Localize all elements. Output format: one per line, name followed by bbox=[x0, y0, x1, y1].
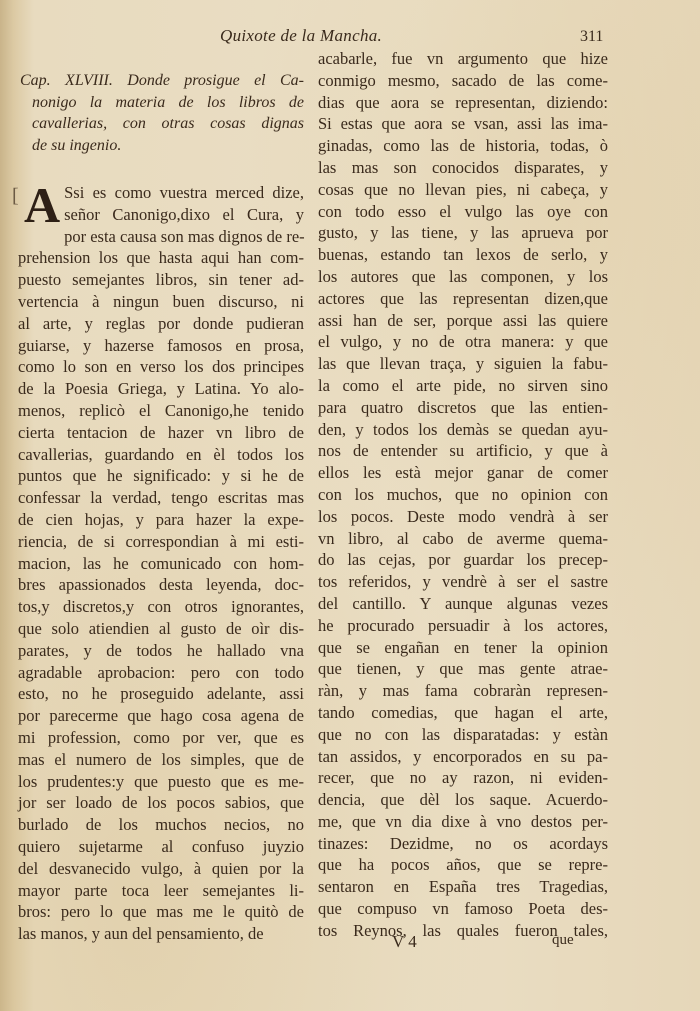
text-line: puntos que he significado: y si he de bbox=[18, 465, 304, 487]
text-line: acabarle, fue vn argumento que hize bbox=[318, 48, 608, 70]
book-page: Quixote de la Mancha. 311 Cap. XLVIII. D… bbox=[0, 0, 700, 1011]
text-line: cavallerias, guardando en èl todos los bbox=[18, 444, 304, 466]
text-line: con todo esso el vulgo las oye con bbox=[318, 201, 608, 223]
chapter-heading-line: Cap. XLVIII. Donde prosigue el Ca- bbox=[20, 70, 304, 92]
text-line: tan assidos, y encorporados en su pa- bbox=[318, 746, 608, 768]
left-lines: Ssi es como vuestra merced dize,señor Ca… bbox=[18, 182, 304, 945]
text-line: vertencia à ningun buen discurso, ni bbox=[18, 291, 304, 313]
text-line: bres apassionados desta leyenda, doc- bbox=[18, 574, 304, 596]
text-line: que tienen, y que mas gente atrae- bbox=[318, 658, 608, 680]
text-line: que ha pocos años, que se repre- bbox=[318, 854, 608, 876]
text-line: dencia, que dèl los saque. Acuerdo- bbox=[318, 789, 608, 811]
text-line: den, y todos los demàs se quedan ayu- bbox=[318, 419, 608, 441]
body-text-left: [ A Ssi es como vuestra merced dize,seño… bbox=[18, 182, 304, 945]
text-line: quiero sujetarme al confuso juyzio bbox=[18, 836, 304, 858]
text-line: dias que aora se representan, diziendo: bbox=[318, 92, 608, 114]
text-line: gusto, y las tiene, y las aprueva por bbox=[318, 222, 608, 244]
text-line: ginadas, como las de historia, todas, ò bbox=[318, 135, 608, 157]
text-line: de cien hojas, y para hazer la expe- bbox=[18, 509, 304, 531]
text-line: los pocos. Deste modo vendrà à ser bbox=[318, 506, 608, 528]
text-line: riencia, de si correspondian à mi esti- bbox=[18, 531, 304, 553]
text-line: ellos les està mejor ganar de comer bbox=[318, 462, 608, 484]
text-line: Si estas que aora se vsan, assi las ima- bbox=[318, 113, 608, 135]
text-line: como lo son en verso los dos principes bbox=[18, 356, 304, 378]
text-line: ràn, y mas fama cobraràn represen- bbox=[318, 680, 608, 702]
text-line: cosas que no llevan pies, ni cabeça, y bbox=[318, 179, 608, 201]
text-line: bros: pero lo que mas me le quitò de bbox=[18, 901, 304, 923]
text-line: nos de entender su artificio, y que à bbox=[318, 440, 608, 462]
text-line: tos,y discretos,y con otros ignorantes, bbox=[18, 596, 304, 618]
text-line: sentaron en España tres Tragedias, bbox=[318, 876, 608, 898]
text-line: burlado de los muchos necios, no bbox=[18, 814, 304, 836]
right-lines: acabarle, fue vn argumento que hizeconmi… bbox=[318, 48, 608, 942]
margin-bracket: [ bbox=[12, 186, 19, 208]
text-line: la como el arte pide, no sirven sino bbox=[318, 375, 608, 397]
text-line: assi han de ser, porque assi las quiere bbox=[318, 310, 608, 332]
chapter-heading-line: de su ingenio. bbox=[20, 135, 304, 157]
text-line: menos, replicò el Canonigo,he tenido bbox=[18, 400, 304, 422]
text-line: las mas son conocidos disparates, y bbox=[318, 157, 608, 179]
text-line: do las cejas, por guardar los precep- bbox=[318, 549, 608, 571]
text-line: puesto semejantes libros, sin tener ad- bbox=[18, 269, 304, 291]
text-line: por esta causa son mas dignos de re- bbox=[18, 226, 304, 248]
catchword: que bbox=[552, 932, 574, 949]
text-line: que se engañan en tener la opinion bbox=[318, 637, 608, 659]
signature-mark: V 4 bbox=[392, 932, 417, 952]
chapter-heading: Cap. XLVIII. Donde prosigue el Ca- nonig… bbox=[18, 70, 304, 156]
text-line: agradable aprobacion: pero con todo bbox=[18, 662, 304, 684]
page-number: 311 bbox=[580, 28, 603, 46]
text-line: conmigo mesmo, sacado de las come- bbox=[318, 70, 608, 92]
text-line: de la Poesia Griega, y Latina. Yo alo- bbox=[18, 378, 304, 400]
text-line: las manos, y aun del pensamiento, de bbox=[18, 923, 304, 945]
left-column: Cap. XLVIII. Donde prosigue el Ca- nonig… bbox=[18, 70, 304, 945]
text-line: guiarse, y hazerse famosos en prosa, bbox=[18, 335, 304, 357]
text-line: para quatro discretos que las entien- bbox=[318, 397, 608, 419]
text-line: jor ser loado de los pocos sabios, que bbox=[18, 792, 304, 814]
text-line: del desvanecido vulgo, à quien por la bbox=[18, 858, 304, 880]
text-line: buenas, estando tan lexos de serlo, y bbox=[318, 244, 608, 266]
right-column: acabarle, fue vn argumento que hizeconmi… bbox=[318, 48, 608, 942]
text-line: parates, y de todos he hallado vna bbox=[18, 640, 304, 662]
chapter-heading-line: cavallerias, con otras cosas dignas bbox=[20, 113, 304, 135]
text-line: señor Canonigo,dixo el Cura, y bbox=[18, 204, 304, 226]
text-line: macion, las he comunicado con hom- bbox=[18, 553, 304, 575]
text-line: mi profession, como por ver, que es bbox=[18, 727, 304, 749]
text-line: al arte, y reglas por donde pudieran bbox=[18, 313, 304, 335]
text-line: vn libro, al cabo de averme quema- bbox=[318, 528, 608, 550]
text-line: confessar la verdad, tengo escritas mas bbox=[18, 487, 304, 509]
text-line: que solo atiendien al gusto de oìr dis- bbox=[18, 618, 304, 640]
text-line: por parecerme que hago cosa agena de bbox=[18, 705, 304, 727]
drop-cap: A bbox=[24, 184, 60, 226]
text-line: actores que las representan dizen,que bbox=[318, 288, 608, 310]
text-line: que no con las disparatadas: y estàn bbox=[318, 724, 608, 746]
running-head: Quixote de la Mancha. bbox=[220, 26, 600, 46]
text-line: los autores que las componen, y los bbox=[318, 266, 608, 288]
text-line: las que llevan traça, y siguien la fabu- bbox=[318, 353, 608, 375]
text-line: esto, no he proseguido adelante, assi bbox=[18, 683, 304, 705]
text-line: tos referidos, y vendrè à ser el sastre bbox=[318, 571, 608, 593]
text-line: del cantillo. Y aunque algunas vezes bbox=[318, 593, 608, 615]
text-line: recer, que no ay razon, ni eviden- bbox=[318, 767, 608, 789]
text-line: mayor parte toca leer semejantes li- bbox=[18, 880, 304, 902]
text-line: tinazes: Dezidme, no os acordays bbox=[318, 833, 608, 855]
chapter-heading-line: nonigo la materia de los libros de bbox=[20, 92, 304, 114]
text-line: el vulgo, y no de otra manera: y que bbox=[318, 331, 608, 353]
text-line: mas el numero de los simples, que de bbox=[18, 749, 304, 771]
text-line: cierta tentacion de hazer vn libro de bbox=[18, 422, 304, 444]
text-line: Ssi es como vuestra merced dize, bbox=[18, 182, 304, 204]
text-line: con los muchos, que no opinion con bbox=[318, 484, 608, 506]
text-line: que compuso vn famoso Poeta des- bbox=[318, 898, 608, 920]
text-line: los prudentes:y que puesto que es me- bbox=[18, 771, 304, 793]
text-line: me, que vn dia dixe à vno destos per- bbox=[318, 811, 608, 833]
text-line: tando comedias, que hagan el arte, bbox=[318, 702, 608, 724]
text-line: he procurado persuadir à los actores, bbox=[318, 615, 608, 637]
text-line: prehension los que hasta aqui han com- bbox=[18, 247, 304, 269]
